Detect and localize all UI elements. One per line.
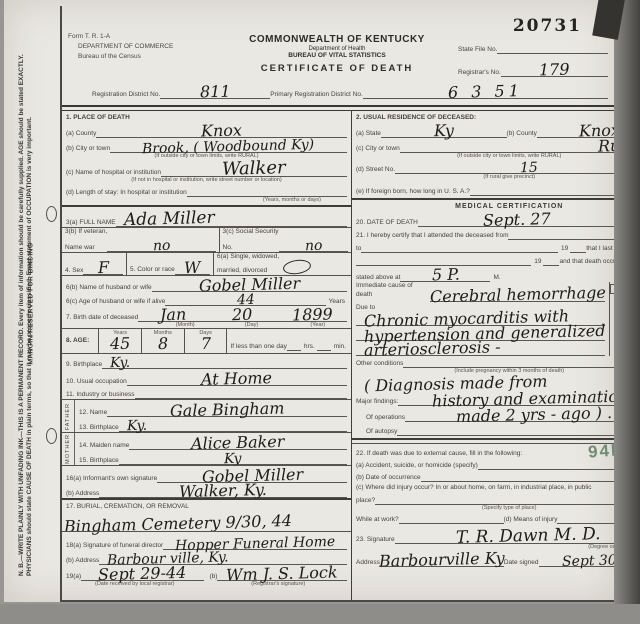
blank-line: Cerebral hemorrhage	[430, 287, 605, 302]
age-less-label: If less than one day	[230, 343, 286, 351]
stay-note: (Years, months or days)	[62, 197, 351, 205]
blank-line: Hopper Funeral Home	[163, 537, 347, 550]
accident-row: (a) Accident, suicide, or homicide (spec…	[352, 458, 640, 470]
major-findings-label: Major findings:	[356, 398, 398, 406]
blank-line	[397, 435, 640, 436]
received-half: 19(a) Sept 29-44 (Date received by local…	[66, 565, 204, 587]
scan-edge-shadow	[614, 0, 640, 624]
burial-label: 17. BURIAL, CREMATION, OR REMOVAL	[66, 503, 189, 511]
reg-district-value: 811	[200, 84, 231, 101]
certify-19b: 19	[558, 245, 570, 253]
stay-label: (d) Length of stay: In hospital or insti…	[66, 189, 187, 197]
funeral-address-label: (b) Address	[66, 557, 99, 565]
blank-line: Ky.	[102, 356, 347, 369]
blank-line: Walker, Ky.	[99, 483, 347, 498]
blank-line: Ky.	[119, 419, 347, 432]
blank-line: Jan	[138, 307, 208, 322]
blank-line: Ky	[381, 123, 507, 138]
blank-line: made 2 yrs - ago ) .	[405, 407, 640, 422]
informant-address-row: (b) Address Walker, Ky.	[62, 483, 351, 498]
veteran-label2: Name war	[65, 244, 107, 252]
industry-row: 11. Industry or business	[62, 386, 351, 399]
father-section: FATHER 12. Name Gale Bingham 13. Birthpl…	[62, 399, 351, 432]
full-name-label: 3(a) FULL NAME	[66, 219, 116, 227]
mother-birthplace-label: 15. Birthplace	[79, 457, 119, 465]
injury-place-row: place?	[352, 493, 640, 505]
external-cause-label: 22. If death was due to external cause, …	[356, 450, 522, 458]
immediate-cause-label: Immediate cause of death	[352, 282, 426, 299]
means-of-injury-label: (d) Means of injury	[504, 516, 558, 524]
bureau-census: Bureau of the Census	[68, 52, 173, 62]
registrar-no-label: Registrar's No.	[458, 69, 501, 77]
marital-label: 6(a) Single, widowed,	[217, 253, 279, 261]
residence-street-label: (d) Street No.	[356, 166, 395, 174]
residence-street-row: (d) Street No. 15	[352, 159, 640, 174]
ssn-label2: No.	[223, 244, 279, 252]
blank-line: W	[175, 260, 210, 275]
birthdate-row: 7. Birth date of deceased Jan 20 1899	[62, 306, 351, 322]
scanned-certificate-paper: N. B.—WRITE PLAINLY WITH UNFADING INK—TH…	[4, 0, 616, 602]
father-birthplace-value: Ky.	[127, 419, 147, 434]
blank-line: 5 P.	[400, 267, 490, 282]
stay-row: (d) Length of stay: In hospital or insti…	[62, 183, 351, 197]
registrar-sig-value: Wm J. S. Lock	[226, 565, 338, 584]
blank-line: Alice Baker	[129, 435, 347, 450]
blank-line: 1899	[277, 307, 347, 322]
blank-line	[62, 531, 351, 532]
occupation-label: 10. Usual occupation	[66, 378, 127, 386]
immediate-cause-row: Cerebral hemorrhage	[426, 282, 609, 302]
residence-city-label: (c) City or town	[356, 145, 400, 153]
registrar-no-value: 179	[539, 62, 570, 79]
registrar-half: (b) Wm J. S. Lock (Registrar's signature…	[210, 565, 348, 587]
binding-margin-note: MARGIN RESERVED FOR BINDING	[28, 209, 35, 399]
blank-line: 6 3 51	[363, 84, 608, 99]
full-name-value: Ada Miller	[123, 210, 214, 229]
ssn-value: no	[304, 239, 322, 253]
residence-title: 2. USUAL RESIDENCE OF DECEASED:	[356, 114, 476, 122]
other-conditions-row: Other conditions	[352, 356, 640, 368]
medical-certification-title: MEDICAL CERTIFICATION	[352, 200, 640, 210]
father-birthplace-label: 13. Birthplace	[79, 424, 119, 432]
informant-label: 16(a) Informant's own signature	[66, 475, 157, 483]
right-column: 2. USUAL RESIDENCE OF DECEASED: (a) Stat…	[352, 110, 640, 600]
residence-street-value: 15	[520, 161, 538, 175]
received-value: Sept 29-44	[98, 565, 187, 583]
physician-address-row: Address Barbourville Ky Date signed Sept…	[352, 550, 640, 567]
certify-line3: 19 and that death occurred on the date	[352, 253, 640, 266]
physician-signature-label: 23. Signature	[356, 536, 395, 544]
residence-state-label: (a) State	[356, 130, 381, 138]
left-column: 1. PLACE OF DEATH (a) County Knox (b) Ci…	[62, 110, 352, 600]
residence-state-value: Ky	[434, 123, 454, 140]
blank-line: Knox	[96, 123, 347, 138]
place-title: 1. PLACE OF DEATH	[66, 114, 130, 122]
other-conditions-label: Other conditions	[356, 360, 403, 368]
ssn-label: 3(c) Social Security	[223, 228, 279, 236]
age-less-cell: If less than one day hrs. min.	[226, 329, 351, 353]
blank-line	[287, 350, 301, 351]
certificate-title: CERTIFICATE OF DEATH	[192, 63, 482, 74]
blank-line: Ky	[119, 452, 347, 465]
blank-line: Walker	[161, 160, 347, 177]
punch-hole-icon	[46, 428, 57, 444]
punch-hole-icon	[46, 206, 57, 222]
place-of-death-section: 1. PLACE OF DEATH (a) County Knox (b) Ci…	[62, 110, 351, 207]
form-header: Form T. R. 1-A DEPARTMENT OF COMMERCE Bu…	[62, 6, 616, 108]
certify-line1: 21. I hereby certify that I attended the…	[352, 227, 640, 240]
registrar-sig-label: (b)	[210, 573, 218, 581]
state-file-label: State File No.	[458, 46, 497, 54]
primary-district-value: 6 3 51	[448, 83, 523, 101]
blank-line: no	[107, 239, 215, 252]
cause-of-death-grid: Immediate cause of death Cerebral hemorr…	[352, 282, 640, 356]
age-months-cell: Months 8	[141, 329, 184, 353]
father-name-label: 12. Name	[79, 409, 107, 417]
occurrence-date-label: (b) Date of occurrence	[356, 474, 421, 482]
sex-race-marital-row: 4. Sex F 5. Color or race W 6(a) Single,…	[62, 253, 351, 276]
sex-cell: 4. Sex F	[62, 253, 126, 275]
veteran-cell: 3(b) If veteran, Name war no	[62, 228, 219, 252]
certify-19c: 19	[531, 258, 543, 266]
father-birthplace-row: 13. Birthplace Ky.	[75, 417, 351, 432]
blank-line	[403, 367, 640, 368]
residence-section: 2. USUAL RESIDENCE OF DECEASED: (a) Stat…	[352, 110, 640, 200]
blank-line: arteriosclerosis -	[356, 341, 605, 356]
blank-line: F	[83, 260, 123, 275]
race-label: 5. Color or race	[130, 266, 175, 275]
funeral-director-row: 18(a) Signature of funeral director Hopp…	[62, 534, 351, 550]
blank-line: T. R. Dawn M. D.	[395, 528, 640, 544]
occupation-row: 10. Usual occupation At Home	[62, 369, 351, 386]
form-columns: 1. PLACE OF DEATH (a) County Knox (b) Ci…	[62, 110, 616, 600]
county-label: (a) County	[66, 130, 96, 138]
registration-district-row: Registration District No. 811 Primary Re…	[92, 84, 608, 99]
residence-city-row: (c) City or town Rural	[352, 138, 640, 153]
blank-line: no	[279, 239, 348, 252]
department-commerce: DEPARTMENT OF COMMERCE	[68, 42, 173, 52]
husband-label: 6(b) Name of husband or wife	[66, 284, 152, 292]
blank-line	[421, 481, 640, 482]
injury-place-label: place?	[356, 497, 375, 505]
blank-line	[497, 53, 608, 54]
operations-label: Of operations	[356, 414, 405, 422]
other-conditions-section: Other conditions (Include pregnancy with…	[352, 356, 640, 390]
autopsy-label: Of autopsy	[356, 428, 397, 436]
age-months-value: 8	[158, 336, 169, 352]
blank-line: 179	[501, 62, 608, 77]
mother-name-row: 14. Maiden name Alice Baker	[75, 433, 351, 450]
hospital-value: Walker	[222, 159, 286, 179]
sex-value: F	[97, 260, 109, 276]
foreign-born-row: (e) If foreign born, how long in U. S. A…	[352, 180, 640, 198]
serial-number-stamp: 20731	[513, 16, 582, 36]
blank-line: 15	[395, 161, 640, 174]
blank-line: At Home	[127, 371, 347, 386]
major-findings-section: Major findings: history and examination …	[352, 390, 640, 436]
age-years-value: 45	[110, 336, 131, 353]
blank-line: 811	[160, 84, 270, 99]
mother-side-label: MOTHER	[65, 434, 71, 464]
reg-district-label: Registration District No.	[92, 91, 160, 99]
husband-age-label: 6(c) Age of husband or wife if alive	[66, 298, 165, 306]
foreign-born-label: (e) If foreign born, how long in U. S. A…	[356, 188, 470, 196]
birthdate-year: 1899	[292, 307, 333, 324]
full-name-row: 3(a) FULL NAME Ada Miller	[62, 207, 351, 228]
certify-line4: stated above at 5 P. M.	[352, 266, 640, 282]
blank-line	[317, 350, 331, 351]
date-signed-label: Date signed	[504, 559, 539, 567]
veteran-ssn-row: 3(b) If veteran, Name war no 3(c) Social…	[62, 228, 351, 253]
industry-label: 11. Industry or business	[66, 391, 135, 399]
external-cause-section: 94D83A 22. If death was due to external …	[352, 444, 640, 523]
age-hrs-label: hrs.	[301, 343, 317, 351]
blank-line: Sept 29-44	[81, 566, 203, 581]
physician-address-value: Barbourville Ky	[379, 550, 505, 569]
blank-line: Gobel Miller	[152, 277, 347, 292]
race-cell: 5. Color or race W	[126, 253, 213, 275]
age-days-value: 7	[200, 336, 211, 352]
certify-text1: 21. I hereby certify that I attended the…	[356, 232, 508, 240]
mother-birthplace-row: 15. Birthplace Ky	[75, 450, 351, 465]
age-label: 8. AGE:	[66, 337, 89, 345]
residence-county-label: (b) County	[507, 130, 537, 138]
form-number: Form T. R. 1-A	[68, 32, 173, 42]
autopsy-row: Of autopsy	[352, 422, 640, 436]
certify-paragraph: 21. I hereby certify that I attended the…	[352, 227, 640, 282]
age-min-label: min.	[331, 343, 348, 351]
occurrence-date-row: (b) Date of occurrence	[352, 470, 640, 482]
father-side-label: FATHER	[65, 403, 71, 430]
veteran-label: 3(b) If veteran,	[65, 228, 107, 236]
blank-line: Barbourville Ky	[380, 552, 504, 567]
physician-signature-row: 23. Signature T. R. Dawn M. D.	[352, 524, 640, 544]
birthdate-label: 7. Birth date of deceased	[66, 314, 138, 322]
county-row: (a) County Knox	[62, 122, 351, 138]
operations-row: Of operations made 2 yrs - ago ) .	[352, 406, 640, 422]
cause-main: Immediate cause of death Cerebral hemorr…	[352, 282, 609, 356]
husband-row: 6(b) Name of husband or wife Gobel Mille…	[62, 276, 351, 292]
father-name-row: 12. Name Gale Bingham	[75, 400, 351, 417]
physician-signature-value: T. R. Dawn M. D.	[456, 526, 601, 547]
while-at-work-label: While at work?	[356, 516, 399, 524]
primary-district-label: Primary Registration District No.	[270, 91, 362, 99]
blank-line: Brook, ( Woodbound Ky)	[110, 140, 347, 153]
city-row: (b) City or town Brook, ( Woodbound Ky)	[62, 138, 351, 153]
bureau-vital: BUREAU OF VITAL STATISTICS	[192, 52, 482, 59]
blank-line: Gale Bingham	[107, 402, 347, 417]
age-days-cell: Days 7	[184, 329, 227, 353]
hospital-row: (c) Name of hospital or institution Walk…	[62, 159, 351, 177]
race-value: W	[184, 260, 201, 276]
date-of-death-label: 20. DATE OF DEATH	[356, 219, 418, 227]
birthplace-row: 9. Birthplace Ky.	[62, 354, 351, 369]
hour-of-death-value: 5 P.	[431, 267, 459, 284]
due-to-line3: arteriosclerosis -	[352, 341, 609, 356]
certificate-form: Form T. R. 1-A DEPARTMENT OF COMMERCE Bu…	[60, 6, 616, 602]
county-value: Knox	[201, 122, 242, 139]
mother-name-label: 14. Maiden name	[79, 442, 129, 450]
certify-text4: stated above at	[356, 274, 400, 282]
blank-line: 20	[208, 307, 278, 322]
birthplace-label: 9. Birthplace	[66, 361, 102, 369]
received-label: 19(a)	[66, 573, 81, 581]
sex-label: 4. Sex	[65, 267, 83, 275]
state-file-row: State File No.	[458, 46, 608, 54]
nb-margin-note: N. B.—WRITE PLAINLY WITH UNFADING INK—TH…	[18, 36, 54, 576]
blank-line: Rural	[400, 138, 640, 153]
ssn-cell: 3(c) Social Security No. no	[219, 228, 351, 252]
mother-section: MOTHER 14. Maiden name Alice Baker 15. B…	[62, 432, 351, 465]
blank-line	[187, 196, 347, 197]
city-label: (b) City or town	[66, 145, 110, 153]
registrar-received-row: 19(a) Sept 29-44 (Date received by local…	[62, 565, 351, 587]
registrar-no-row: Registrar's No. 179	[458, 62, 608, 77]
accident-label: (a) Accident, suicide, or homicide (spec…	[356, 462, 478, 470]
funeral-director-label: 18(a) Signature of funeral director	[66, 542, 163, 550]
hour-m-label: M.	[490, 274, 502, 282]
work-means-row: While at work? (d) Means of injury	[352, 511, 640, 524]
age-years-cell: Years 45	[98, 329, 141, 353]
hospital-label: (c) Name of hospital or institution	[66, 169, 161, 177]
blank-line: Wm J. S. Lock	[217, 566, 347, 581]
birthdate-month: Jan	[160, 307, 187, 324]
blank-line: Sept. 27	[418, 212, 616, 227]
age-row: 8. AGE: Years 45 Months 8 Days 7 If l	[62, 328, 351, 354]
blank-line	[375, 504, 640, 505]
certify-line2: to 19 that I last saw him alive on	[352, 240, 640, 253]
marital-cell: 6(a) Single, widowed, married, divorced	[213, 253, 351, 275]
date-of-death-row: 20. DATE OF DEATH Sept. 27 19 44	[352, 210, 640, 227]
form-number-block: Form T. R. 1-A DEPARTMENT OF COMMERCE Bu…	[68, 32, 173, 61]
husband-age-row: 6(c) Age of husband or wife if alive 44 …	[62, 292, 351, 306]
burial-row: 17. BURIAL, CREMATION, OR REMOVAL Bingha…	[62, 498, 351, 534]
birthdate-day: 20	[232, 307, 253, 324]
external-cause-row: 22. If death was due to external cause, …	[352, 444, 640, 458]
informant-address-label: (b) Address	[66, 490, 99, 498]
title-block: COMMONWEALTH OF KENTUCKY Department of H…	[192, 34, 482, 74]
veteran-value: no	[153, 239, 171, 253]
injury-where-label: (c) Where did injury occur? In or about …	[352, 482, 640, 492]
scan-bottom-shadow	[0, 604, 640, 624]
commonwealth-title: COMMONWEALTH OF KENTUCKY	[192, 34, 482, 45]
binding-margin: N. B.—WRITE PLAINLY WITH UNFADING INK—TH…	[12, 30, 58, 596]
physician-address-label: Address	[356, 559, 380, 567]
blank-line: Ada Miller	[116, 211, 347, 227]
